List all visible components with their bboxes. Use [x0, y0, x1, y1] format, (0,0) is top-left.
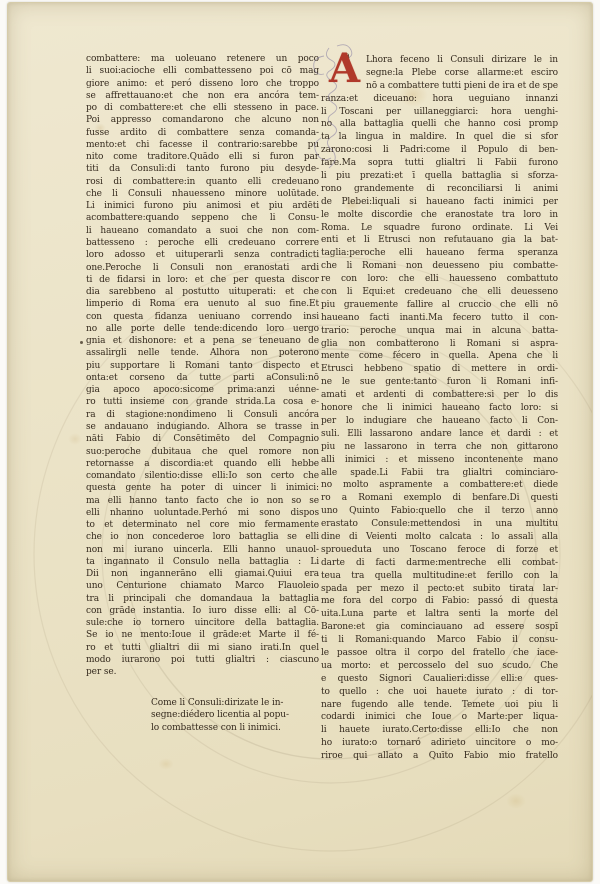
text-line: loro adosso et uituperarli senza contrad… [86, 249, 319, 261]
text-line: Barone:et gia cominciauano ad essere sos… [321, 621, 558, 634]
foxing-spot [68, 433, 82, 445]
text-line: ma elli hanno tanto facto che io non so … [86, 495, 319, 507]
text-line: combattere: ma uoleuano retenere un poco [86, 53, 319, 65]
text-line: nāti Fabio di Consētimēto del Compagnio [86, 433, 319, 445]
text-line: glia non combatterono li Romani si aspra… [321, 338, 558, 351]
text-line: ne le sue gente:tanto furon li Romani in… [321, 376, 558, 389]
text-line: Li inimici furono piu animosi et piu ard… [86, 200, 319, 212]
text-line: rono grandemente di reconciliarsi li ani… [321, 183, 558, 196]
text-line: trario: peroche unqua mai in alcuna batt… [321, 325, 558, 338]
text-line: assalirgli nelle tende. Alhora non poter… [86, 347, 319, 359]
text-line: mente come fécero in quella. Apena che l… [321, 350, 558, 363]
text-line: che li Romani non deuesseno piu combatte… [321, 260, 558, 273]
text-line: ro tutti insieme con grande strida.La co… [86, 396, 319, 408]
text-line: Se io ne mento:Ioue il grāde:et Marte il… [86, 629, 319, 641]
text-line: erastato Consule:mettendosi in una multi… [321, 518, 558, 531]
text-line: codardi inimici che Ioue o Marte:per liq… [321, 711, 558, 724]
text-line: piu grauemente fallire al cruccio che el… [321, 299, 558, 312]
text-line: segne:diédero licentia al popu- [151, 709, 323, 721]
text-line: ranza:et diceuano: hora ueguiano innanzi [321, 93, 558, 106]
text-line: piu supportare li Romani tanto dispecto … [86, 360, 319, 372]
text-line: amati et ardenti di combattere:si per lo… [321, 389, 558, 402]
text-line: Roma. Le squadre furono ordinate. Li Vei [321, 222, 558, 235]
text-line: nō a combattere tutti pieni de ira et de… [366, 80, 558, 93]
text-line: dia sarebbeno al postutto uituperati: et… [86, 286, 319, 298]
text-line: no alle porte delle tende:dicendo loro u… [86, 323, 319, 335]
text-line: ta la lingua in maldire. In quel die si … [321, 131, 558, 144]
text-line: no molto aspramente a combattere:et died… [321, 479, 558, 492]
foxing-spot [158, 758, 174, 770]
text-line: Poi appresso comandarono che alcuno non [86, 114, 319, 126]
text-line: comandato silentio:disse elli:Io son cer… [86, 470, 319, 482]
text-line: teua tra quella multitudine:et ferillo c… [321, 570, 558, 583]
foxing-spot [506, 793, 526, 809]
text-line: alle spade.Li Fabii tra glialtri cominci… [321, 467, 558, 480]
text-line: le molte discordie che eranostate tra lo… [321, 209, 558, 222]
text-line: uno Centurione chiamato Marco Flauoleio [86, 580, 319, 592]
text-line: li hauete iurato.Certo:disse elli:Io che… [321, 724, 558, 737]
right-text-column: a A Lhora feceno li Consuli dirizare le … [321, 54, 558, 763]
text-line: titi da Consuli:di tanto furono piu desy… [86, 163, 319, 175]
text-line: battesseno : peroche elli credeuano corr… [86, 237, 319, 249]
text-line: non mi iurano uincerla. Elli hanno unauo… [86, 544, 319, 556]
text-line: lo combattesse con li inimici. [151, 722, 323, 734]
page-background: { "document": { "kind": "incunabulum pag… [0, 0, 600, 884]
text-line: li suoi:acioche elli combattesseno poi c… [86, 65, 319, 77]
text-line: ra di stagione:nondimeno li Consuli ancó… [86, 409, 319, 421]
text-line: modo iurarono poi tutti glialtri : ciasc… [86, 654, 319, 666]
text-line: con li Equi:et credeuano che elli deuess… [321, 286, 558, 299]
text-line: to et determinato nel core mio fermament… [86, 519, 319, 531]
text-line: suli. Elli lassarono andare lance et dar… [321, 428, 558, 441]
text-line: Dii non ingannerāno elli giamai.Quiui er… [86, 568, 319, 580]
ink-speck [80, 341, 83, 344]
text-line: de Plebei:liquali si haueano facti inimi… [321, 196, 558, 209]
text-line: per se. [86, 666, 319, 678]
text-line: re con loro: che elli hauesseno combattu… [321, 273, 558, 286]
text-line: piu ne lassarono in terra che non gittar… [321, 441, 558, 454]
text-line: po di combattere:et che elli stesseno in… [86, 102, 319, 114]
text-line: honore che li inimici haueano facto loro… [321, 402, 558, 415]
text-line: to quello : che uoi hauete iurato : di t… [321, 686, 558, 699]
text-line: con questa fidanza ueniuano correndo ins… [86, 311, 319, 323]
text-line: Come li Consuli:dirizate le in- [151, 697, 323, 709]
text-line: onta:et corseno da tutte parti aConsuli:… [86, 372, 319, 384]
text-line: zarono:cosi li Padri:come il Populo di b… [321, 144, 558, 157]
text-line: li Toscani per uillaneggiarci: hora ueng… [321, 106, 558, 119]
text-line: gia apoco apoco:sicome prima:anzi uénne- [86, 384, 319, 396]
text-line: ti de fidarsi in loro: et che per questa… [86, 274, 319, 286]
text-line: che io non concederoe loro battaglia se … [86, 531, 319, 543]
text-line: retornasse a discordia:et quando elli he… [86, 458, 319, 470]
text-line: spada per mezo il pecto:et subito tirata… [321, 583, 558, 596]
text-line: fusse ardito di combattere senza comanda… [86, 127, 319, 139]
text-line: li haueano comandato a suoi che non com- [86, 225, 319, 237]
text-line: uno Quinto Fabio:quello che il terzo ann… [321, 505, 558, 518]
text-line: haueano facti inanti.Ma fecero tutto il … [321, 312, 558, 325]
text-line: li piu prezati:et ī quella battaglia si … [321, 170, 558, 183]
text-line: nare fugendo alle tende. Temete uoi piu … [321, 699, 558, 712]
text-line: ro a Romani exemplo di benfare.Di questi [321, 492, 558, 505]
text-line: Lhora feceno li Consuli dirizare le in [366, 54, 558, 67]
text-line: per lo indugiare che haueano facto li Co… [321, 415, 558, 428]
text-line: darte di facti darme:mentreche elli comb… [321, 557, 558, 570]
text-line: Etrusci hebbeno spatio di mettere in ord… [321, 363, 558, 376]
text-line: se affrettauano:et che non era ancóra te… [86, 90, 319, 102]
chapter-caption: Come li Consuli:dirizate le in-segne:dié… [151, 697, 323, 734]
text-line: se andauano indugiando. Alhora se trasse… [86, 421, 319, 433]
illuminated-initial: a A [321, 54, 363, 81]
text-line: segne:la Plebe corse allarme:et esciro [366, 67, 558, 80]
text-line: giore animo: et peró disseno loro che tr… [86, 78, 319, 90]
left-text-column: combattere: ma uoleuano retenere un poco… [86, 53, 319, 679]
text-line: e questo Signori Caualieri:disse elli:e … [321, 673, 558, 686]
text-line: con grāde instantia. Io iuro disse elli:… [86, 605, 319, 617]
text-line: acombattere:quando seppeno che li Consu- [86, 212, 319, 224]
text-line: enti et li Etrusci non refutauano gia la… [321, 234, 558, 247]
text-line: one.Peroche li Consuli non eranostati ar… [86, 262, 319, 274]
text-line: taglia:peroche elli haueano ferma speran… [321, 247, 558, 260]
text-line: uita.Luna parte et laltra senti la morte… [321, 608, 558, 621]
text-line: tra li principali che domandaua la batta… [86, 593, 319, 605]
text-line: mento:et chi facesse il contrario:sarebb… [86, 139, 319, 151]
text-line: dine di Veienti molto calcata : lo assal… [321, 531, 558, 544]
text-line: ho iurato:o tornaró adirieto uincitore o… [321, 737, 558, 750]
text-line: limperio di Roma era uenuto al suo fine.… [86, 298, 319, 310]
initial-letter-A: A [329, 49, 360, 89]
text-line: nito come traditore.Quādo elli si furon … [86, 151, 319, 163]
text-line: che li Consuli nhauesseno minore uolūtad… [86, 188, 319, 200]
text-line: fare.Ma sopra tutti glialtri li Fabii fu… [321, 157, 558, 170]
page-sheet: combattere: ma uoleuano retenere un poco… [7, 2, 593, 882]
text-line: questa gente ha poter di uincer li inimi… [86, 482, 319, 494]
text-line: ta ingannato il Consulo nella battaglia … [86, 556, 319, 568]
text-line: le passoe oltra il corpo del fratello ch… [321, 647, 558, 660]
text-line: gnia et dishonore: et a pena se teneuano… [86, 335, 319, 347]
text-line: me fora del corpo di Fabio: passó di que… [321, 595, 558, 608]
text-line: ua morto: et percosselo del suo scudo. C… [321, 660, 558, 673]
text-line: ti li Romani:quando Marco Fabio il consu… [321, 634, 558, 647]
text-line: riroe qui allato a Quīto Fabio mio frate… [321, 750, 558, 763]
text-line: sproueduta uno Toscano feroce di forze e… [321, 544, 558, 557]
text-line: rosi di combattere:in quanto elli credeu… [86, 176, 319, 188]
text-line: sule:che io tornero uincitore della batt… [86, 617, 319, 629]
text-line: suo:peroche dubitaua che quel romore non [86, 446, 319, 458]
text-line: elli nhanno uoluntade.Perhó mi sono disp… [86, 507, 319, 519]
text-line: no alla battaglia quelli che hanno cosi … [321, 118, 558, 131]
text-line: ro et tutti glialtri dii mi siano irati.… [86, 642, 319, 654]
text-line: alli inimici : et misseno incontenente m… [321, 454, 558, 467]
